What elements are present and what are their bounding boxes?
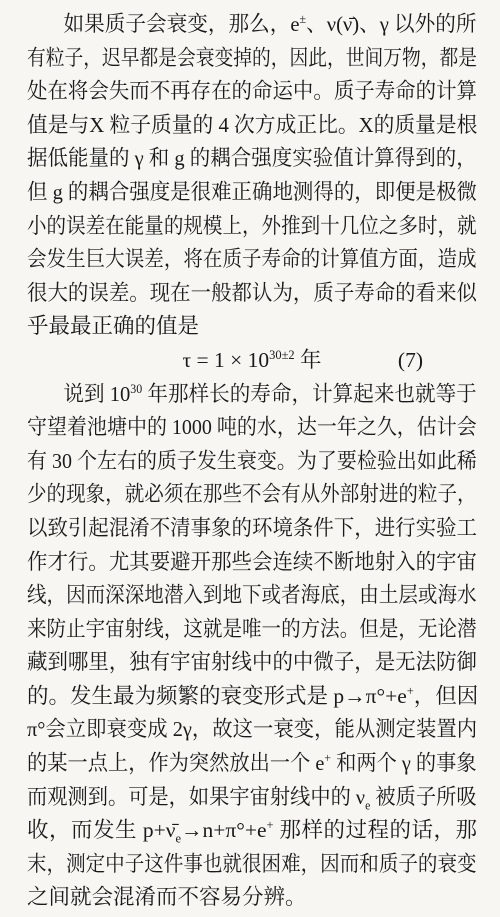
text-line: 之间就会混淆而不容易分辨。 (27, 881, 477, 915)
text-line: 但 g 的耦合强度是很难正确地测得的，即便是极微 (27, 176, 455, 210)
book-page: 如果质子会衰变，那么，e±、ν(ν̄)、γ 以外的所有粒子，迟早都是会衰变掉的，… (0, 0, 500, 917)
line-text: 乎最最正确的值是 (27, 314, 199, 338)
line-text: 说到 1030 年那样长的寿命，计算起来也就等于 (63, 382, 476, 406)
text-line: 如果质子会衰变，那么，e±、ν(ν̄)、γ 以外的所 (27, 8, 459, 42)
text-line: 据低能量的 γ 和 g 的耦合强度实验值计算得到的， (27, 142, 456, 176)
line-text: 来防止宇宙射线，这就是唯一的方法。但是，无论潜 (27, 617, 477, 641)
line-text: 藏到哪里，独有宇宙射线中的中微子，是无法防御 (27, 650, 477, 674)
line-text: 守望着池塘中的 1000 吨的水，达一年之久，估计会 (27, 415, 477, 439)
line-text: 收，而发生 p+ν̄e→n+π°+e+ 那样的过程的话，那 (27, 818, 477, 842)
text-line: π°会立即衰变成 2γ，故这一衰变，能从测定装置内 (27, 713, 453, 747)
text-line: 处在将会失而不再存在的命运中。质子寿命的计算 (27, 75, 455, 109)
text-line: 的某一点上，作为突然放出一个 e+ 和两个 γ 的事象 (27, 747, 451, 781)
text-line: 值是与X 粒子质量的 4 次方成正比。X的质量是根 (27, 109, 462, 143)
line-text: 而观测到。可是，如果宇宙射线中的 νe 被质子所吸 (27, 785, 477, 809)
line-text: 但 g 的耦合强度是很难正确地测得的，即便是极微 (27, 180, 477, 204)
equation-line: τ = 1 × 1030±2 年(7) (27, 344, 477, 378)
line-text: 以致引起混淆不清事象的环境条件下，进行实验工 (27, 516, 477, 540)
line-text: 小的误差在能量的规模上，外推到十几位之多时，就 (27, 214, 477, 238)
line-text: 很大的误差。现在一般都认为，质子寿命的看来似 (27, 281, 477, 305)
line-text: π°会立即衰变成 2γ，故这一衰变，能从测定装置内 (27, 717, 477, 741)
line-text: 之间就会混淆而不容易分辨。 (27, 885, 307, 909)
text-line: 少的现象，就必须在那些不会有从外部射进的粒子， (27, 478, 436, 512)
text-line: 会发生巨大误差，将在质子寿命的计算值方面，造成 (27, 243, 436, 277)
text-line: 守望着池塘中的 1000 吨的水，达一年之久，估计会 (27, 411, 445, 445)
line-text: 有 30 个左右的质子发生衰变。为了要检验出如此稀 (27, 449, 477, 473)
text-line: 收，而发生 p+ν̄e→n+π°+e+ 那样的过程的话，那 (27, 814, 477, 848)
text-line: 线，因而深深地潜入到地下或者海底，由土层或海水 (27, 579, 436, 613)
text-line: 小的误差在能量的规模上，外推到十几位之多时，就 (27, 210, 436, 244)
line-text: 会发生巨大误差，将在质子寿命的计算值方面，造成 (27, 247, 477, 271)
equation-text: τ = 1 × 1030±2 年 (182, 348, 321, 372)
text-line: 藏到哪里，独有宇宙射线中的中微子，是无法防御 (27, 646, 455, 680)
text-line: 的。发生最为频繁的衰变形式是 p→π°+e+，但因 (27, 680, 477, 714)
line-text: 少的现象，就必须在那些不会有从外部射进的粒子， (27, 482, 477, 506)
line-text: 据低能量的 γ 和 g 的耦合强度实验值计算得到的， (27, 146, 477, 170)
text-line: 末，测定中子这件事也就很困难，因而和质子的衰变 (27, 848, 436, 882)
text-line: 以致引起混淆不清事象的环境条件下，进行实验工 (27, 512, 455, 546)
text-line: 来防止宇宙射线，这就是唯一的方法。但是，无论潜 (27, 613, 436, 647)
line-text: 的。发生最为频繁的衰变形式是 p→π°+e+，但因 (27, 684, 478, 708)
text-line: 有 30 个左右的质子发生衰变。为了要检验出如此稀 (27, 445, 445, 479)
line-text: 末，测定中子这件事也就很困难，因而和质子的衰变 (27, 852, 477, 876)
line-text: 如果质子会衰变，那么，e±、ν(ν̄)、γ 以外的所 (63, 12, 476, 36)
text-line: 而观测到。可是，如果宇宙射线中的 νe 被质子所吸 (27, 781, 451, 815)
text-line: 很大的误差。现在一般都认为，质子寿命的看来似 (27, 277, 455, 311)
line-text: 值是与X 粒子质量的 4 次方成正比。X的质量是根 (27, 113, 477, 137)
line-text: 处在将会失而不再存在的命运中。质子寿命的计算 (27, 79, 477, 103)
text-line: 作才行。尤其要避开那些会连续不断地射入的宇宙 (27, 546, 455, 580)
line-text: 的某一点上，作为突然放出一个 e+ 和两个 γ 的事象 (27, 751, 477, 775)
text-line: 说到 1030 年那样长的寿命，计算起来也就等于 (27, 378, 458, 412)
equation-number: (7) (398, 344, 423, 378)
line-text: 线，因而深深地潜入到地下或者海底，由土层或海水 (27, 583, 477, 607)
line-text: 有粒子，迟早都是会衰变掉的，因此，世间万物，都是 (27, 46, 477, 70)
page-text: 如果质子会衰变，那么，e±、ν(ν̄)、γ 以外的所有粒子，迟早都是会衰变掉的，… (27, 8, 477, 915)
text-line: 乎最最正确的值是 (27, 310, 477, 344)
line-text: 作才行。尤其要避开那些会连续不断地射入的宇宙 (27, 550, 477, 574)
text-line: 有粒子，迟早都是会衰变掉的，因此，世间万物，都是 (27, 42, 419, 76)
